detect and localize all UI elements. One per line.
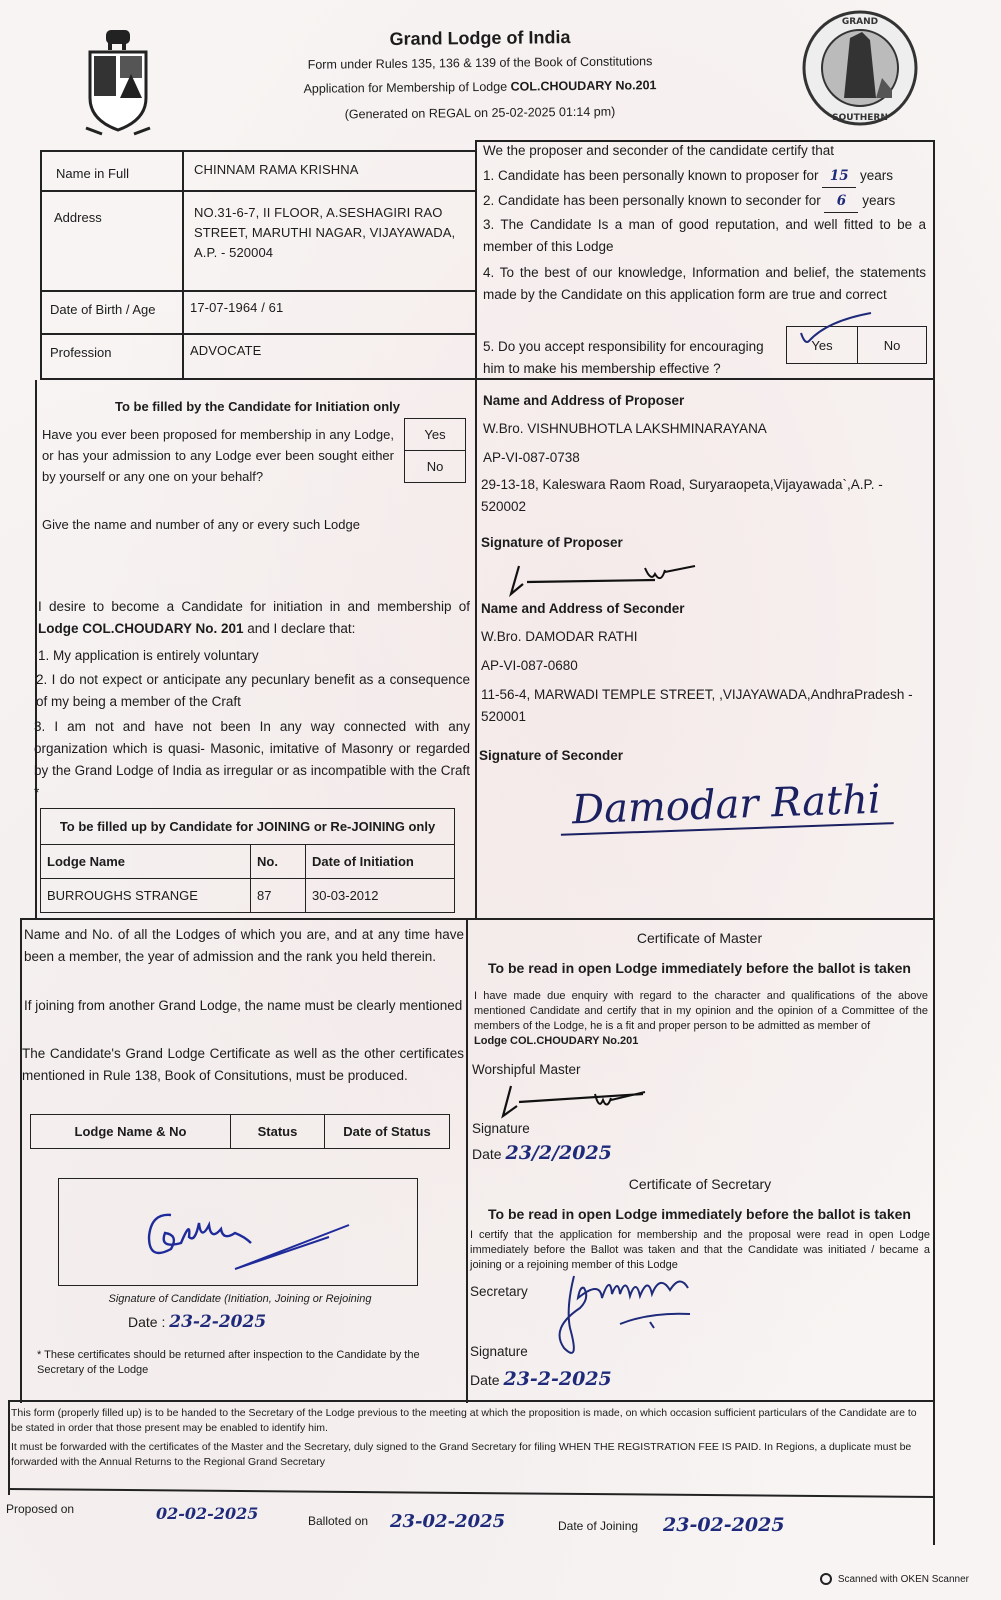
master-signature-label: Signature [472,1118,530,1140]
profession-label: Profession [50,345,111,360]
certify-intro: We the proposer and seconder of the cand… [483,140,928,162]
profession-value: ADVOCATE [190,343,261,358]
application-prefix: Application for Membership of Lodge [303,80,510,96]
divider [8,1488,935,1498]
table-row: BURROUGHS STRANGE 87 30-03-2012 [41,879,455,913]
divider [8,1400,10,1495]
years-label: years [862,193,895,208]
divider [20,918,22,1403]
lodges-para-3: The Candidate's Grand Lodge Certificate … [22,1043,464,1087]
worshipful-master-label: Worshipful Master [472,1059,581,1081]
master-date-label: Date [472,1146,502,1162]
initiation-yes-box[interactable]: Yes [404,418,466,451]
candidate-date-value[interactable]: 23-2-2025 [169,1312,266,1332]
balloted-on-value[interactable]: 23-02-2025 [390,1511,505,1532]
certify-item-1-text: 1. Candidate has been personally known t… [483,168,818,183]
initiation-no-box[interactable]: No [404,450,466,483]
master-certificate-subtitle: To be read in open Lodge immediately bef… [466,960,933,976]
column-header: Date of Status [325,1115,450,1149]
proposer-signature-icon [505,560,705,600]
application-lodge: COL.CHOUDARY No.201 [511,78,657,94]
proposer-signature-label: Signature of Proposer [481,532,623,554]
secretary-certificate-title: Certificate of Secretary [560,1176,840,1192]
seconder-address: 11-56-4, MARWADI TEMPLE STREET, ,VIJAYAW… [481,684,926,728]
date-of-joining-label: Date of Joining [558,1519,638,1533]
application-form-page: GRAND SOUTHERN Grand Lodge of India Form… [0,0,1001,1600]
certificates-footnote: * These certificates should be returned … [37,1348,457,1378]
initiation-date-cell: 30-03-2012 [306,879,455,913]
candidate-date-row: Date : 23-2-2025 [128,1312,266,1332]
seconder-years-field[interactable]: 6 [824,190,858,213]
seconder-signature-label: Signature of Seconder [479,745,623,767]
certify-item-5: 5. Do you accept responsibility for enco… [483,336,783,380]
certify-item-4: 4. To the best of our knowledge, Informa… [483,262,926,306]
initiation-heading: To be filled by the Candidate for Initia… [40,396,475,418]
divider [40,290,475,292]
declaration-suffix: and I declare that: [244,621,356,636]
address-value: NO.31-6-7, II FLOOR, A.SESHAGIRI RAO STR… [194,203,469,263]
column-header: Lodge Name & No [31,1115,231,1149]
candidate-date-label: Date : [128,1314,165,1330]
declaration-intro: I desire to become a Candidate for initi… [38,596,470,640]
secretary-label: Secretary [470,1281,528,1303]
joining-table: To be filled up by Candidate for JOINING… [40,808,455,913]
no-label: No [427,459,444,474]
proposed-on-label: Proposed on [6,1502,74,1516]
column-header: Lodge Name [41,845,251,879]
declaration-intro-text: I desire to become a Candidate for initi… [38,599,470,614]
divider [40,333,475,335]
divider [20,918,935,920]
proposed-on-value[interactable]: 02-02-2025 [156,1504,258,1523]
lodge-name-cell: BURROUGHS STRANGE [41,879,251,913]
candidate-signature-icon [59,1179,419,1287]
certify-item-1: 1. Candidate has been personally known t… [483,165,928,188]
declaration-item-3: 3. I am not and have not been In any way… [34,716,470,804]
name-label: Name in Full [56,166,129,181]
divider [182,150,184,380]
dob-value: 17-07-1964 / 61 [190,300,283,315]
column-header: No. [251,845,306,879]
no-label: No [884,338,901,353]
master-date-value[interactable]: 23/2/2025 [505,1142,611,1164]
divider [475,140,477,920]
responsibility-yes-box[interactable]: Yes [786,326,858,364]
scanner-watermark: Scanned with OKEN Scanner [820,1573,969,1585]
certify-item-2-text: 2. Candidate has been personally known t… [483,193,821,208]
master-certificate-title: Certificate of Master [466,930,933,946]
date-of-joining-value[interactable]: 23-02-2025 [663,1514,785,1536]
declaration-item-1: 1. My application is entirely voluntary [38,645,470,667]
proposer-name: W.Bro. VISHNUBHOTLA LAKSHMINARAYANA [483,418,767,440]
lodge-no-cell: 87 [251,879,306,913]
initiation-question: Have you ever been proposed for membersh… [42,424,394,487]
candidate-signature-box[interactable] [58,1178,418,1286]
footer-note-2: It must be forwarded with the certificat… [11,1440,931,1470]
lodges-para-1: Name and No. of all the Lodges of which … [24,924,464,968]
divider [466,918,468,1403]
divider [40,150,42,380]
years-label: years [860,168,893,183]
seconder-heading: Name and Address of Seconder [481,598,685,620]
yes-label: Yes [424,427,445,442]
declaration-item-2: 2. I do not expect or anticipate any pec… [36,669,470,713]
secretary-signature-icon [540,1268,720,1368]
master-certificate-lodge: Lodge COL.CHOUDARY No.201 [474,1034,638,1049]
joining-table-heading: To be filled up by Candidate for JOINING… [41,809,455,845]
secretary-certificate-subtitle: To be read in open Lodge immediately bef… [466,1206,933,1222]
seconder-id: AP-VI-087-0680 [481,655,578,677]
divider [35,380,37,920]
lodges-table: Lodge Name & No Status Date of Status [30,1114,450,1149]
master-date-row: Date 23/2/2025 [472,1142,612,1164]
divider [40,190,475,192]
footer-note-1: This form (properly filled up) is to be … [11,1406,931,1436]
scanner-logo-icon [820,1573,832,1585]
secretary-signature-label: Signature [470,1341,528,1363]
seconder-signature: Damodar Rathi [559,776,893,836]
give-lodge-name-text: Give the name and number of any or every… [42,514,360,536]
divider [40,150,475,152]
proposer-years-field[interactable]: 15 [822,165,856,188]
name-value: CHINNAM RAMA KRISHNA [194,162,359,177]
lodges-para-2: If joining from another Grand Lodge, the… [24,995,464,1017]
certify-item-3: 3. The Candidate Is a man of good reputa… [483,214,926,258]
secretary-date-value[interactable]: 23-2-2025 [503,1368,611,1390]
candidate-signature-caption: Signature of Candidate (Initiation, Join… [40,1293,440,1305]
master-certificate-body: I have made due enquiry with regard to t… [474,989,928,1034]
column-header: Status [231,1115,325,1149]
proposer-address: 29-13-18, Kaleswara Raom Road, Suryaraop… [481,474,921,518]
divider [8,1400,935,1402]
proposer-id: AP-VI-087-0738 [483,447,580,469]
balloted-on-label: Balloted on [308,1514,368,1528]
certify-item-2: 2. Candidate has been personally known t… [483,190,928,213]
secretary-date-label: Date [470,1372,500,1388]
secretary-certificate-body: I certify that the application for membe… [470,1228,930,1273]
address-label: Address [54,210,102,225]
dob-label: Date of Birth / Age [50,302,156,317]
proposer-heading: Name and Address of Proposer [483,390,684,412]
column-header: Date of Initiation [306,845,455,879]
divider [933,1400,935,1545]
declaration-lodge: Lodge COL.CHOUDARY No. 201 [38,621,244,636]
responsibility-no-box[interactable]: No [857,326,927,364]
seconder-name: W.Bro. DAMODAR RATHI [481,626,638,648]
secretary-date-row: Date 23-2-2025 [470,1368,612,1390]
scanner-text: Scanned with OKEN Scanner [838,1574,969,1585]
divider [933,140,935,1405]
